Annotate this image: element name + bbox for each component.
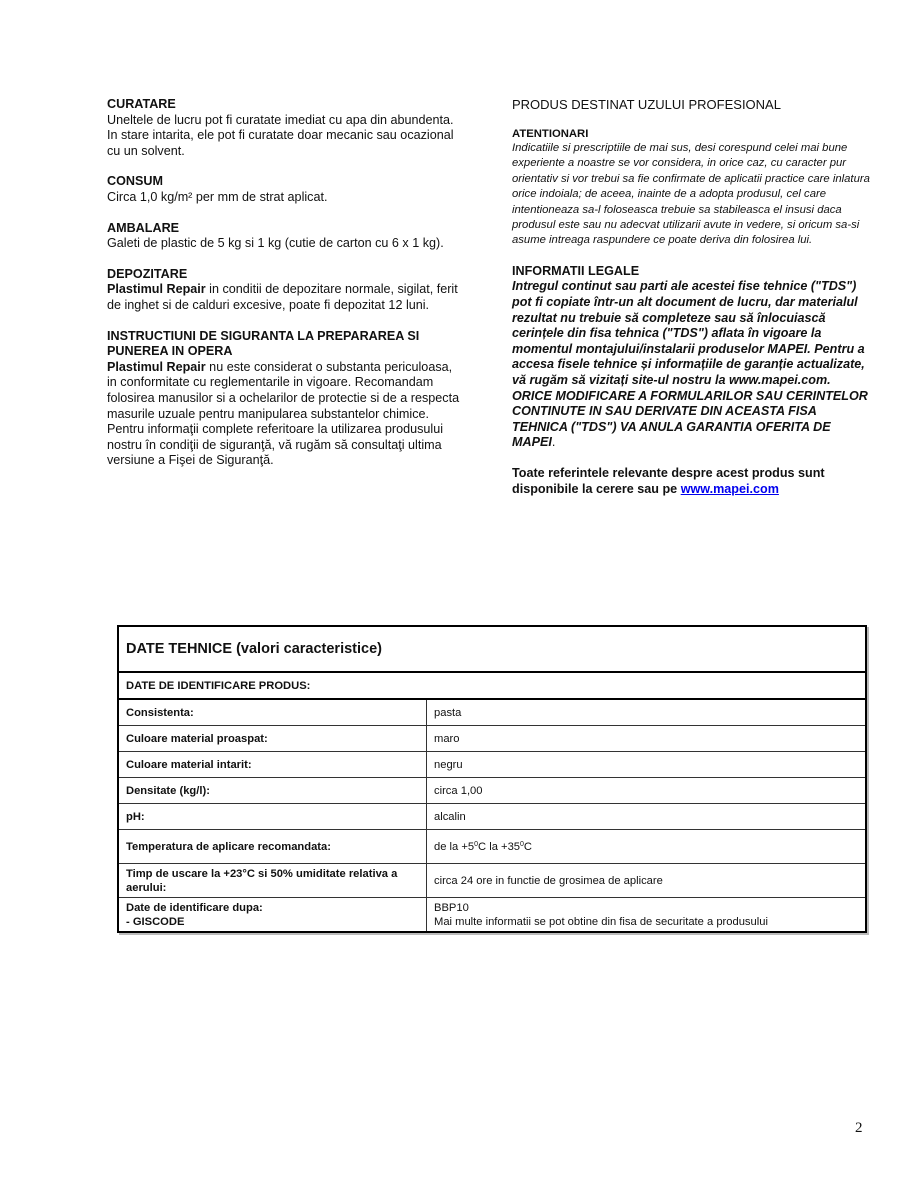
section-text: Plastimul Repair nu este considerat o su… — [107, 360, 462, 469]
section-ambalare: AMBALARE Galeti de plastic de 5 kg si 1 … — [107, 221, 462, 252]
left-column: CURATARE Uneltele de lucru pot fi curata… — [107, 97, 462, 484]
section-title: CURATARE — [107, 97, 462, 113]
table-title: DATE TEHNICE (valori caracteristice) — [118, 626, 866, 672]
section-title: DEPOZITARE — [107, 267, 462, 283]
table-row: Timp de uscare la +23°C si 50% umiditate… — [118, 864, 866, 898]
value-part: C la +35 — [478, 841, 520, 853]
section-text-body: nu este considerat o substanta periculoa… — [107, 360, 459, 468]
legal-text: Intregul continut sau parti ale acestei … — [512, 279, 872, 388]
warnings-text: Indicatiile si prescriptiile de mai sus,… — [512, 141, 872, 249]
legal-warranty-end: . — [552, 435, 556, 449]
table-row: pH:alcalin — [118, 804, 866, 830]
technical-data-table: DATE TEHNICE (valori caracteristice) DAT… — [117, 625, 867, 933]
table-row: Consistenta:pasta — [118, 699, 866, 726]
row-value: pasta — [427, 699, 867, 726]
section-text: Circa 1,0 kg/m² per mm de strat aplicat. — [107, 190, 462, 206]
product-name: Plastimul Repair — [107, 282, 206, 296]
legal-warranty-text: ORICE MODIFICARE A FORMULARILOR SAU CERI… — [512, 389, 872, 451]
section-siguranta: INSTRUCTIUNI DE SIGURANTA LA PREPARAREA … — [107, 329, 462, 469]
row-label: Date de identificare dupa:- GISCODE — [118, 898, 427, 933]
section-curatare: CURATARE Uneltele de lucru pot fi curata… — [107, 97, 462, 159]
product-name: Plastimul Repair — [107, 360, 206, 374]
section-depozitare: DEPOZITARE Plastimul Repair in conditii … — [107, 267, 462, 314]
section-title: INSTRUCTIUNI DE SIGURANTA LA PREPARAREA … — [107, 329, 462, 360]
row-label: Culoare material proaspat: — [118, 726, 427, 752]
value-part: C — [524, 841, 532, 853]
references-text: Toate referintele relevante despre acest… — [512, 466, 872, 497]
row-value: alcalin — [427, 804, 867, 830]
row-value: maro — [427, 726, 867, 752]
row-label: Timp de uscare la +23°C si 50% umiditate… — [118, 864, 427, 898]
section-title: CONSUM — [107, 174, 462, 190]
value-line: BBP10 — [434, 901, 858, 915]
table-row: Date de identificare dupa:- GISCODEBBP10… — [118, 898, 866, 933]
row-label: pH: — [118, 804, 427, 830]
row-value: circa 1,00 — [427, 778, 867, 804]
row-label: Densitate (kg/l): — [118, 778, 427, 804]
section-consum: CONSUM Circa 1,0 kg/m² per mm de strat a… — [107, 174, 462, 205]
row-value: BBP10Mai multe informatii se pot obtine … — [427, 898, 867, 933]
row-value: circa 24 ore in functie de grosimea de a… — [427, 864, 867, 898]
table-subtitle: DATE DE IDENTIFICARE PRODUS: — [118, 672, 866, 699]
legal-title: INFORMATII LEGALE — [512, 264, 872, 280]
value-line: Mai multe informatii se pot obtine din f… — [434, 915, 858, 929]
right-column: PRODUS DESTINAT UZULUI PROFESIONAL ATENT… — [512, 97, 872, 497]
section-text: Plastimul Repair in conditii de depozita… — [107, 282, 462, 313]
value-part: de la +5 — [434, 841, 474, 853]
legal-warranty-body: ORICE MODIFICARE A FORMULARILOR SAU CERI… — [512, 389, 868, 450]
row-value: negru — [427, 752, 867, 778]
row-label: Culoare material intarit: — [118, 752, 427, 778]
professional-use-notice: PRODUS DESTINAT UZULUI PROFESIONAL — [512, 97, 872, 113]
row-value: de la +50C la +350C — [427, 830, 867, 864]
table-row: Temperatura de aplicare recomandata:de l… — [118, 830, 866, 864]
row-label: Consistenta: — [118, 699, 427, 726]
section-text: Uneltele de lucru pot fi curatate imedia… — [107, 113, 462, 160]
label-line: - GISCODE — [126, 915, 419, 929]
label-line: Date de identificare dupa: — [126, 901, 419, 915]
row-label: Temperatura de aplicare recomandata: — [118, 830, 427, 864]
warnings-title: ATENTIONARI — [512, 128, 872, 141]
mapei-link[interactable]: www.mapei.com — [681, 482, 779, 496]
table-row: Densitate (kg/l):circa 1,00 — [118, 778, 866, 804]
section-title: AMBALARE — [107, 221, 462, 237]
table-row: Culoare material proaspat:maro — [118, 726, 866, 752]
section-text: Galeti de plastic de 5 kg si 1 kg (cutie… — [107, 236, 462, 252]
page-number: 2 — [855, 1120, 863, 1137]
table-row: Culoare material intarit:negru — [118, 752, 866, 778]
